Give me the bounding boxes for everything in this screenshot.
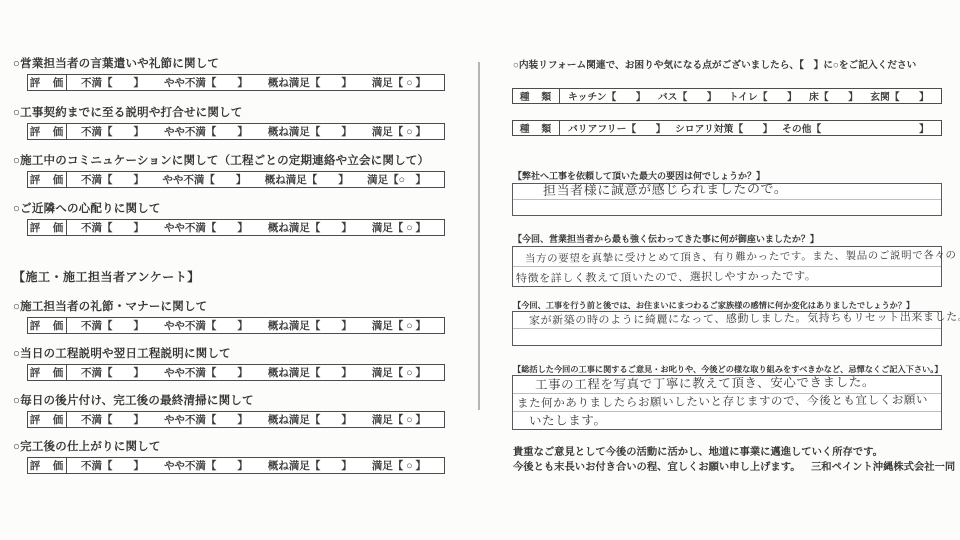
right-column: ○内装リフォーム関連で、お困りや気になる点がございましたら、【 】に○をご記入く… — [505, 50, 947, 490]
handwritten-answer: また何かありましたらお願いしたいと存じますので、今後とも宜しくお願い — [517, 391, 928, 411]
handwritten-answer: 担当者様に誠意が感じられましたので。 — [543, 178, 788, 199]
rating-table: 評 価 不満【 】 やや不満【 】 概ね満足【 】 満足【 ○ 】 — [27, 457, 445, 474]
option-fuman: 不満【 】 — [81, 124, 144, 139]
rating-table: 評 価 不満【 】 やや不満【 】 概ね満足【 】 満足【 ○ 】 — [27, 219, 445, 236]
option-oomune-manzoku: 概ね満足【 】 — [268, 220, 352, 235]
rating-section-title: ○当日の工程説明や翌日工程説明に関して — [13, 345, 449, 361]
type-options: キッチン【 】 バス【 】 トイレ【 】 床【 】 玄関【 】 — [560, 89, 941, 103]
option-manzoku-checked: 満足【 ○ 】 — [372, 458, 426, 473]
rating-table: 評 価 不満【 】 やや不満【 】 概ね満足【 】 満足【 ○ 】 — [27, 123, 445, 140]
footer-greeting: 今後とも末長いお付き合いの程、宜しくお願い申し上げます。 — [513, 462, 801, 473]
option-oomune-manzoku: 概ね満足【 】 — [268, 318, 352, 333]
handwritten-answer: 工事の工程を写真で丁寧に教えて頂き、安心できました。 — [535, 372, 875, 393]
option-other: その他【 】 — [782, 121, 929, 135]
reform-type-table-2: 種 類 バリアフリー【 】 シロアリ対策【 】 その他【 】 — [512, 120, 942, 136]
rating-row-label: 評 価 — [28, 75, 67, 90]
option-fuman: 不満【 】 — [81, 172, 144, 187]
rating-section-communication: ○施工中のコミニュケーションに関して（工程ごとの定期連絡や立会に関して） 評 価… — [13, 152, 449, 188]
rating-section-title: ○毎日の後片付け、完工後の最終清掃に関して — [13, 392, 449, 408]
option-fuman: 不満【 】 — [81, 365, 144, 380]
rating-options: 不満【 】 やや不満【 】 概ね満足【 】 満足【 ○ 】 — [67, 75, 444, 90]
rating-options: 不満【 】 やや不満【 】 概ね満足【 】 満足【 ○ 】 — [67, 220, 444, 235]
answer-box-main-reason: 担当者様に誠意が感じられましたので。 — [512, 183, 942, 216]
rating-section-title: ○施工中のコミニュケーションに関して（工程ごとの定期連絡や立会に関して） — [13, 152, 449, 168]
option-yaya-fuman: やや不満【 】 — [164, 412, 248, 427]
rating-options: 不満【 】 やや不満【 】 概ね満足【 】 満足【 ○ 】 — [67, 458, 444, 473]
rating-section-title: ○ご近隣への心配りに関して — [13, 200, 449, 216]
page-seam-divider — [478, 62, 480, 410]
option-oomune-manzoku: 概ね満足【 】 — [268, 365, 352, 380]
rating-section-title: ○営業担当者の言葉遣いや礼節に関して — [13, 55, 449, 71]
footer-message-line2: 今後とも末長いお付き合いの程、宜しくお願い申し上げます。 三和ペイント沖縄株式会… — [513, 458, 801, 473]
rating-section-neighbors: ○ご近隣への心配りに関して 評 価 不満【 】 やや不満【 】 概ね満足【 】 … — [13, 200, 449, 236]
rating-row-label: 評 価 — [28, 458, 67, 473]
handwritten-answer: 家が新築の時のように綺麗になって、感動しました。気持ちもリセット出来ました。 — [529, 308, 960, 328]
rating-row-label: 評 価 — [28, 172, 67, 187]
rating-options: 不満【 】 やや不満【 】 概ね満足【 】 満足【 ○ 】 — [67, 124, 444, 139]
rating-row-label: 評 価 — [28, 412, 67, 427]
construction-survey-subheader: 【施工・施工担当者アンケート】 — [13, 268, 200, 285]
rating-row-label: 評 価 — [28, 124, 67, 139]
rating-options: 不満【 】 やや不満【 】 概ね満足【 】 満足【 ○ 】 — [67, 365, 444, 380]
rating-row-label: 評 価 — [28, 365, 67, 380]
answer-box-sales-impression: 当方の要望を真摯に受けとめて頂き、有り難かったです。また、製品のご説明で各々の … — [512, 246, 942, 287]
rating-options: 不満【 】 やや不満【 】 概ね満足【 】 満足【 ○ 】 — [67, 318, 444, 333]
interior-reform-heading: ○内装リフォーム関連で、お困りや気になる点がございましたら、【 】に○をご記入く… — [513, 57, 916, 71]
option-oomune-manzoku: 概ね満足【 】 — [268, 458, 352, 473]
rating-row-label: 評 価 — [28, 318, 67, 333]
answer-line — [513, 328, 941, 345]
answer-line: また何かありましたらお願いしたいと存じますので、今後とも宜しくお願い — [513, 393, 941, 411]
rating-section-title: ○施工担当者の礼節・マナーに関して — [13, 298, 449, 314]
rating-table: 評 価 不満【 】 やや不満【 】 概ね満足【 】 満足【 ○ 】 — [27, 411, 445, 428]
option-yaya-fuman: やや不満【 】 — [164, 365, 248, 380]
rating-section-cleanup: ○毎日の後片付け、完工後の最終清掃に関して 評 価 不満【 】 やや不満【 】 … — [13, 392, 449, 428]
answer-line: 家が新築の時のように綺麗になって、感動しました。気持ちもリセット出来ました。 — [513, 312, 941, 328]
rating-table: 評 価 不満【 】 やや不満【 】 概ね満足【 】 満足【 ○ 】 — [27, 74, 445, 91]
handwritten-answer: いたします。 — [529, 410, 607, 429]
option-barrier-free: バリアフリー【 】 — [568, 121, 666, 135]
option-manzoku-checked: 満足【 ○ 】 — [372, 318, 426, 333]
option-oomune-manzoku: 概ね満足【 】 — [268, 412, 352, 427]
option-manzoku-checked: 満足【 ○ 】 — [372, 75, 426, 90]
handwritten-answer: 当方の要望を真摯に受けとめて頂き、有り難かったです。また、製品のご説明で各々の — [525, 247, 957, 266]
option-kitchen: キッチン【 】 — [568, 89, 646, 103]
type-row-label: 種 類 — [513, 121, 560, 135]
option-fuman: 不満【 】 — [81, 458, 144, 473]
option-floor: 床【 】 — [809, 89, 858, 103]
option-manzoku-checked: 満足【○ 】 — [367, 172, 426, 187]
left-column: ○営業担当者の言葉遣いや礼節に関して 評 価 不満【 】 やや不満【 】 概ね満… — [13, 50, 449, 490]
scanned-survey-page: ○営業担当者の言葉遣いや礼節に関して 評 価 不満【 】 やや不満【 】 概ね満… — [0, 0, 960, 540]
option-bath: バス【 】 — [658, 89, 717, 103]
option-manzoku-checked: 満足【 ○ 】 — [372, 412, 426, 427]
rating-section-title: ○完工後の仕上がりに関して — [13, 438, 449, 454]
rating-section-contract-explanation: ○工事契約までに至る説明や打合せに関して 評 価 不満【 】 やや不満【 】 概… — [13, 104, 449, 140]
question-title-sales-impression: 【今回、営業担当者から最も強く伝わってきた事に何が御座いましたか？】 — [513, 232, 819, 245]
rating-table: 評 価 不満【 】 やや不満【 】 概ね満足【 】 満足【 ○ 】 — [27, 364, 445, 381]
footer-message-line1: 貴重なご意見として今後の活動に活かし、地道に事業に邁進していく所存です。 — [513, 443, 883, 458]
option-yaya-fuman: やや不満【 】 — [162, 172, 246, 187]
answer-line: 工事の工程を写真で丁寧に教えて頂き、安心できました。 — [513, 376, 941, 393]
option-yaya-fuman: やや不満【 】 — [164, 75, 248, 90]
option-fuman: 不満【 】 — [81, 412, 144, 427]
option-manzoku-checked: 満足【 ○ 】 — [372, 124, 426, 139]
rating-section-title: ○工事契約までに至る説明や打合せに関して — [13, 104, 449, 120]
rating-section-finish: ○完工後の仕上がりに関して 評 価 不満【 】 やや不満【 】 概ね満足【 】 … — [13, 438, 449, 474]
rating-options: 不満【 】 やや不満【 】 概ね満足【 】 満足【 ○ 】 — [67, 412, 444, 427]
rating-options: 不満【 】 やや不満【 】 概ね満足【 】 満足【○ 】 — [67, 172, 444, 187]
option-yaya-fuman: やや不満【 】 — [164, 124, 248, 139]
reform-type-table-1: 種 類 キッチン【 】 バス【 】 トイレ【 】 床【 】 玄関【 】 — [512, 88, 942, 104]
rating-section-sales-manner: ○営業担当者の言葉遣いや礼節に関して 評 価 不満【 】 やや不満【 】 概ね満… — [13, 55, 449, 91]
company-signature: 三和ペイント沖縄株式会社一同 — [811, 458, 955, 473]
option-oomune-manzoku: 概ね満足【 】 — [268, 124, 352, 139]
answer-line: いたします。 — [513, 411, 941, 429]
answer-line — [513, 199, 941, 215]
type-options: バリアフリー【 】 シロアリ対策【 】 その他【 】 — [560, 121, 941, 135]
option-entrance: 玄関【 】 — [870, 89, 929, 103]
answer-box-family-feelings: 家が新築の時のように綺麗になって、感動しました。気持ちもリセット出来ました。 — [512, 311, 942, 346]
answer-line: 当方の要望を真摯に受けとめて頂き、有り難かったです。また、製品のご説明で各々の — [513, 247, 941, 266]
rating-section-schedule-explanation: ○当日の工程説明や翌日工程説明に関して 評 価 不満【 】 やや不満【 】 概ね… — [13, 345, 449, 381]
option-toilet: トイレ【 】 — [729, 89, 797, 103]
option-oomune-manzoku: 概ね満足【 】 — [265, 172, 349, 187]
option-fuman: 不満【 】 — [81, 75, 144, 90]
rating-table: 評 価 不満【 】 やや不満【 】 概ね満足【 】 満足【 ○ 】 — [27, 317, 445, 334]
type-row-label: 種 類 — [513, 89, 560, 103]
option-yaya-fuman: やや不満【 】 — [164, 318, 248, 333]
answer-line: 特徴を詳しく教えて頂いたので、選択しやすかったです。 — [513, 266, 941, 286]
option-yaya-fuman: やや不満【 】 — [164, 458, 248, 473]
option-termite: シロアリ対策【 】 — [675, 121, 773, 135]
rating-table: 評 価 不満【 】 やや不満【 】 概ね満足【 】 満足【○ 】 — [27, 171, 445, 188]
answer-box-overall-feedback: 工事の工程を写真で丁寧に教えて頂き、安心できました。 また何かありましたらお願い… — [512, 375, 942, 430]
option-fuman: 不満【 】 — [81, 220, 144, 235]
option-manzoku-checked: 満足【 ○ 】 — [372, 365, 426, 380]
option-manzoku-checked: 満足【 ○ 】 — [372, 220, 426, 235]
answer-line: 担当者様に誠意が感じられましたので。 — [513, 184, 941, 199]
option-fuman: 不満【 】 — [81, 318, 144, 333]
rating-section-worker-manner: ○施工担当者の礼節・マナーに関して 評 価 不満【 】 やや不満【 】 概ね満足… — [13, 298, 449, 334]
rating-row-label: 評 価 — [28, 220, 67, 235]
option-yaya-fuman: やや不満【 】 — [164, 220, 248, 235]
option-oomune-manzoku: 概ね満足【 】 — [268, 75, 352, 90]
handwritten-answer: 特徴を詳しく教えて頂いたので、選択しやすかったです。 — [516, 267, 817, 286]
